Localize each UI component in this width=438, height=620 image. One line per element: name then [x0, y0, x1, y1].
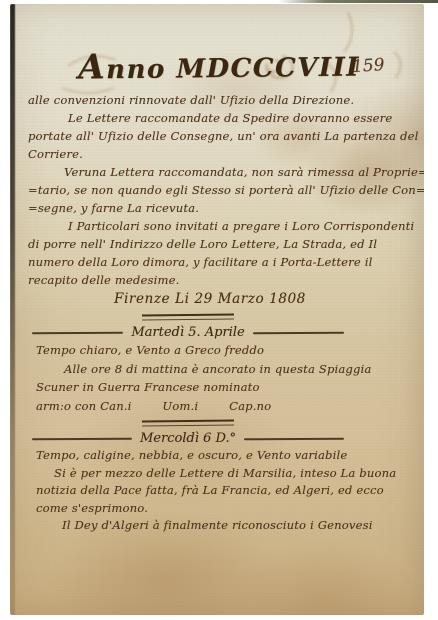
entry-line: Tempo, caligine, nebbia, e oscuro, e Ven… [28, 447, 410, 465]
notice-line: di porre nell' Indirizzo delle Loro Lett… [28, 235, 410, 253]
entry-line: Scuner in Guerra Francese nominato [28, 378, 410, 397]
entry-line: notizia della Pace fatta, frà La Francia… [28, 482, 410, 500]
year-title: Anno MDCCCVIII [78, 47, 360, 89]
notice-line: alle convenzioni rinnovate dall' Ufizio … [28, 91, 410, 109]
postal-notice: alle convenzioni rinnovate dall' Ufizio … [28, 91, 410, 309]
entry-line: Tempo chiaro, e Vento a Greco freddo [28, 341, 410, 360]
photo-background: Anno MDCCCVIII 159 alle convenzioni rinn… [0, 0, 438, 620]
journal-entry-april-6: Mercoldì 6 D.° Tempo, caligine, nebbia, … [28, 420, 410, 535]
entry-header-area: Martedì 5. Aprile [32, 314, 344, 341]
notice-line: I Particolari sono invitati a pregare i … [28, 217, 410, 235]
entry-line: come s'esprimono. [28, 500, 410, 518]
entry-header: Mercoldì 6 D.° [32, 431, 344, 447]
notice-line: recapito delle medesime. [28, 271, 410, 289]
page-number: 159 [351, 53, 385, 79]
entry-heading: Martedì 5. Aprile [123, 325, 252, 341]
header-rule-right [244, 438, 344, 441]
entry-header-area: Mercoldì 6 D.° [32, 420, 344, 447]
title-row: Anno MDCCCVIII 159 [28, 48, 410, 86]
header-rule-left [32, 332, 123, 334]
parchment-page: Anno MDCCCVIII 159 alle convenzioni rinn… [10, 4, 424, 615]
notice-line: Corriere. [28, 145, 410, 163]
notice-line: Veruna Lettera raccomandata, non sarà ri… [28, 163, 410, 181]
page-content: Anno MDCCCVIII 159 alle convenzioni rinn… [10, 48, 424, 535]
entry-heading: Mercoldì 6 D.° [132, 431, 244, 447]
section-divider [142, 419, 234, 426]
section-divider [142, 313, 234, 320]
notice-line: portate all' Ufizio delle Consegne, un' … [28, 127, 410, 145]
notice-line: Le Lettere raccomandate da Spedire dovra… [28, 109, 410, 127]
notice-line: =tario, se non quando egli Stesso si por… [28, 181, 410, 199]
notice-line: =segne, y farne La ricevuta. [28, 199, 410, 217]
entry-line: Alle ore 8 di mattina è ancorato in ques… [28, 360, 410, 379]
entry-line: Il Dey d'Algeri à finalmente riconosciut… [28, 517, 410, 535]
journal-entry-april-5: Martedì 5. Aprile Tempo chiaro, e Vento … [28, 314, 410, 415]
entry-header: Martedì 5. Aprile [32, 325, 344, 341]
dateline: Firenze Li 29 Marzo 1808 [28, 289, 410, 309]
photo-top-edge [278, 0, 438, 3]
header-rule-left [32, 438, 132, 441]
entry-line: arm:o con Can.i Uom.i Cap.no [28, 397, 410, 416]
header-rule-right [253, 332, 344, 334]
entry-line: Si è per mezzo delle Lettere di Marsilia… [28, 465, 410, 483]
notice-line: numero della Loro dimora, y facilitare a… [28, 253, 410, 271]
